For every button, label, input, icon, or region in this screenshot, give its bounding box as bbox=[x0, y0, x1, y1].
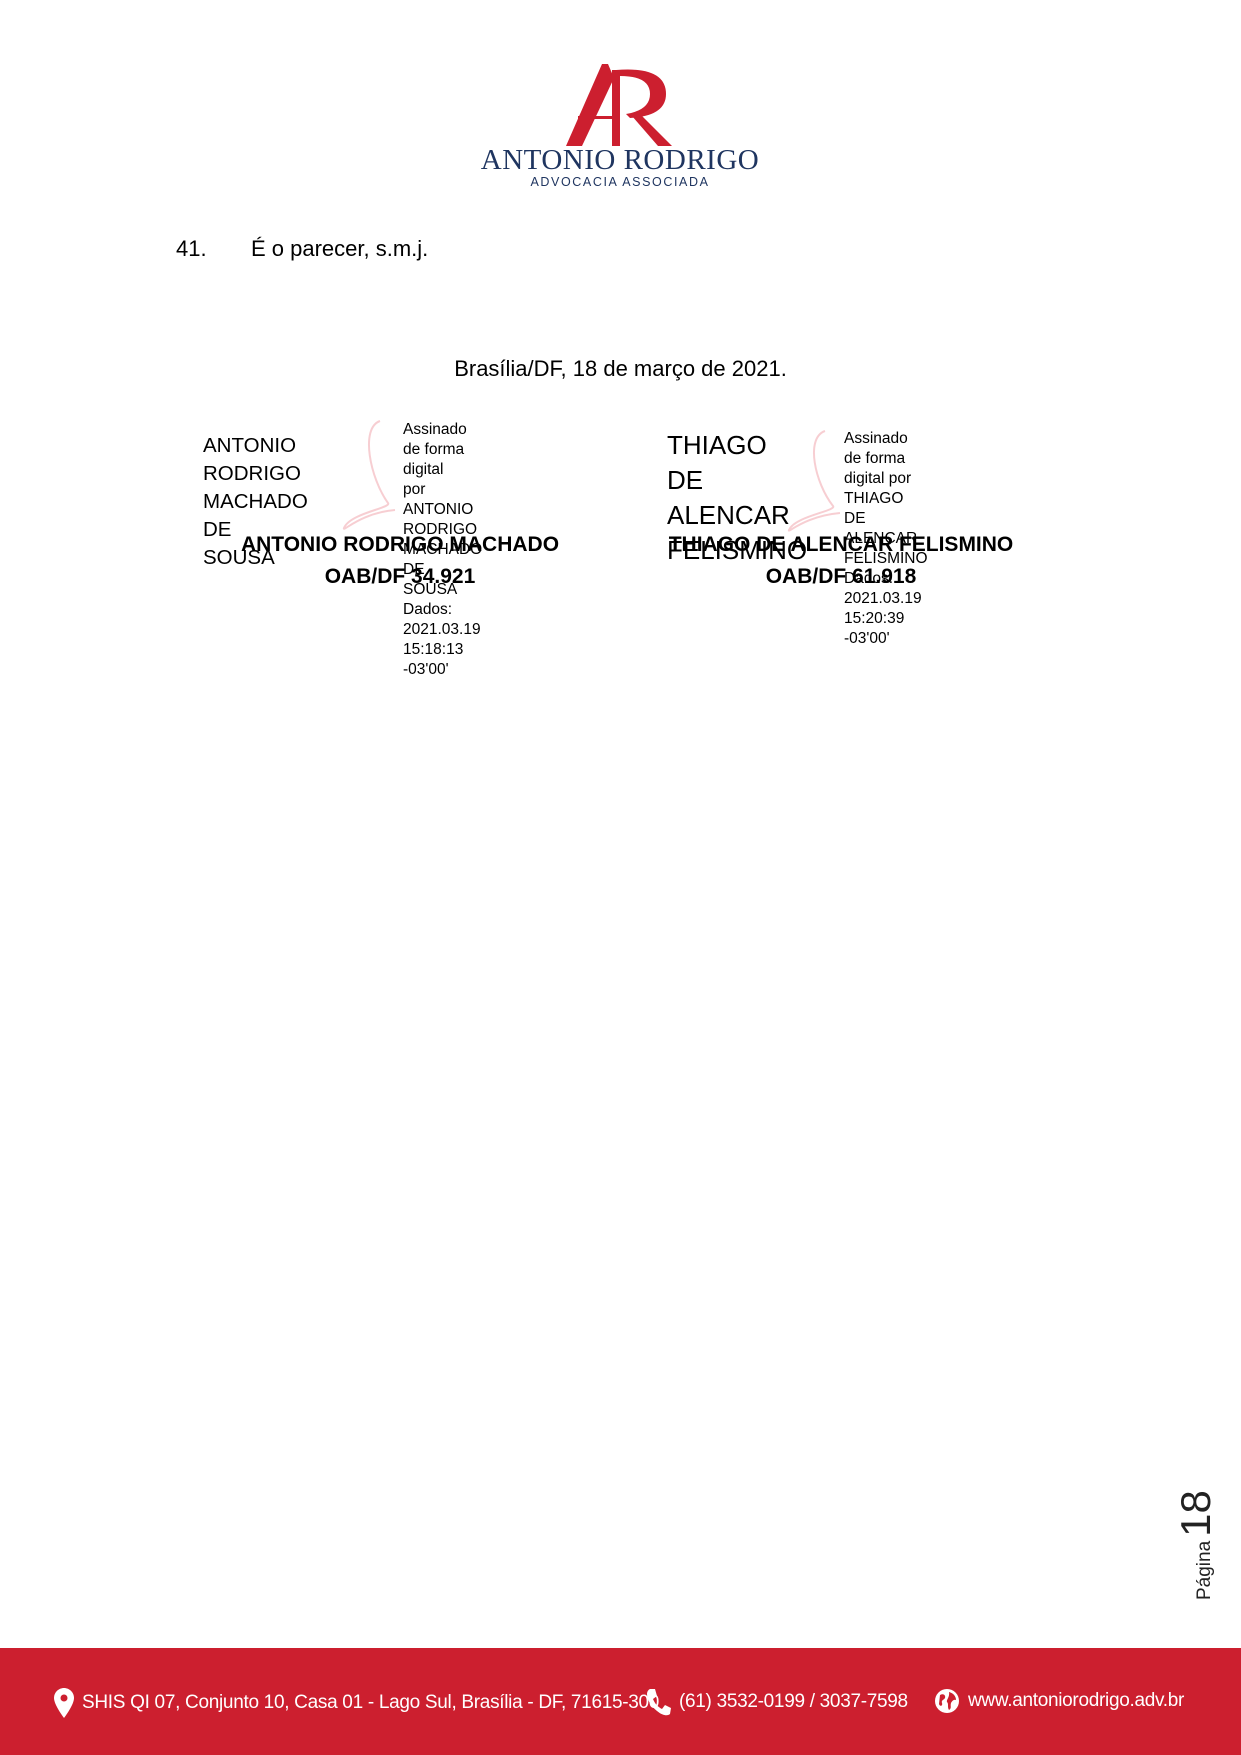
paragraph-number: 41. bbox=[176, 238, 207, 260]
location-pin-icon bbox=[54, 1688, 74, 1718]
signer-oab: OAB/DF 61.918 bbox=[591, 561, 1091, 593]
page-number: Página 18 bbox=[1130, 1485, 1220, 1605]
dateline: Brasília/DF, 18 de março de 2021. bbox=[0, 356, 1241, 382]
signer-block: THIAGO DE ALENCAR FELISMINO OAB/DF 61.91… bbox=[591, 529, 1091, 593]
phone-icon bbox=[645, 1688, 671, 1716]
footer-phone: (61) 3532-0199 / 3037-7598 bbox=[645, 1688, 908, 1716]
page-label: Página bbox=[1194, 1541, 1216, 1600]
adobe-signature-icon bbox=[340, 418, 400, 533]
signer-name: ANTONIO RODRIGO MACHADO bbox=[150, 529, 650, 561]
signer-name: THIAGO DE ALENCAR FELISMINO bbox=[591, 529, 1091, 561]
paragraph-text: É o parecer, s.m.j. bbox=[251, 238, 428, 260]
firm-name: ANTONIO RODRIGO bbox=[470, 146, 770, 175]
footer-bar: SHIS QI 07, Conjunto 10, Casa 01 - Lago … bbox=[0, 1648, 1241, 1755]
firm-tagline: ADVOCACIA ASSOCIADA bbox=[470, 176, 770, 189]
page-value: 18 bbox=[1175, 1490, 1217, 1537]
website-link[interactable]: www.antoniorodrigo.adv.br bbox=[968, 1690, 1184, 1712]
phone-link[interactable]: (61) 3532-0199 / 3037-7598 bbox=[679, 1691, 908, 1713]
footer-website: www.antoniorodrigo.adv.br bbox=[934, 1688, 1184, 1714]
footer-address: SHIS QI 07, Conjunto 10, Casa 01 - Lago … bbox=[54, 1688, 659, 1718]
ar-monogram-icon bbox=[470, 58, 770, 148]
signer-block: ANTONIO RODRIGO MACHADO OAB/DF 34.921 bbox=[150, 529, 650, 593]
signer-oab: OAB/DF 34.921 bbox=[150, 561, 650, 593]
firm-logo: ANTONIO RODRIGO ADVOCACIA ASSOCIADA bbox=[470, 58, 770, 193]
globe-icon bbox=[934, 1688, 960, 1714]
address-text: SHIS QI 07, Conjunto 10, Casa 01 - Lago … bbox=[82, 1692, 659, 1714]
